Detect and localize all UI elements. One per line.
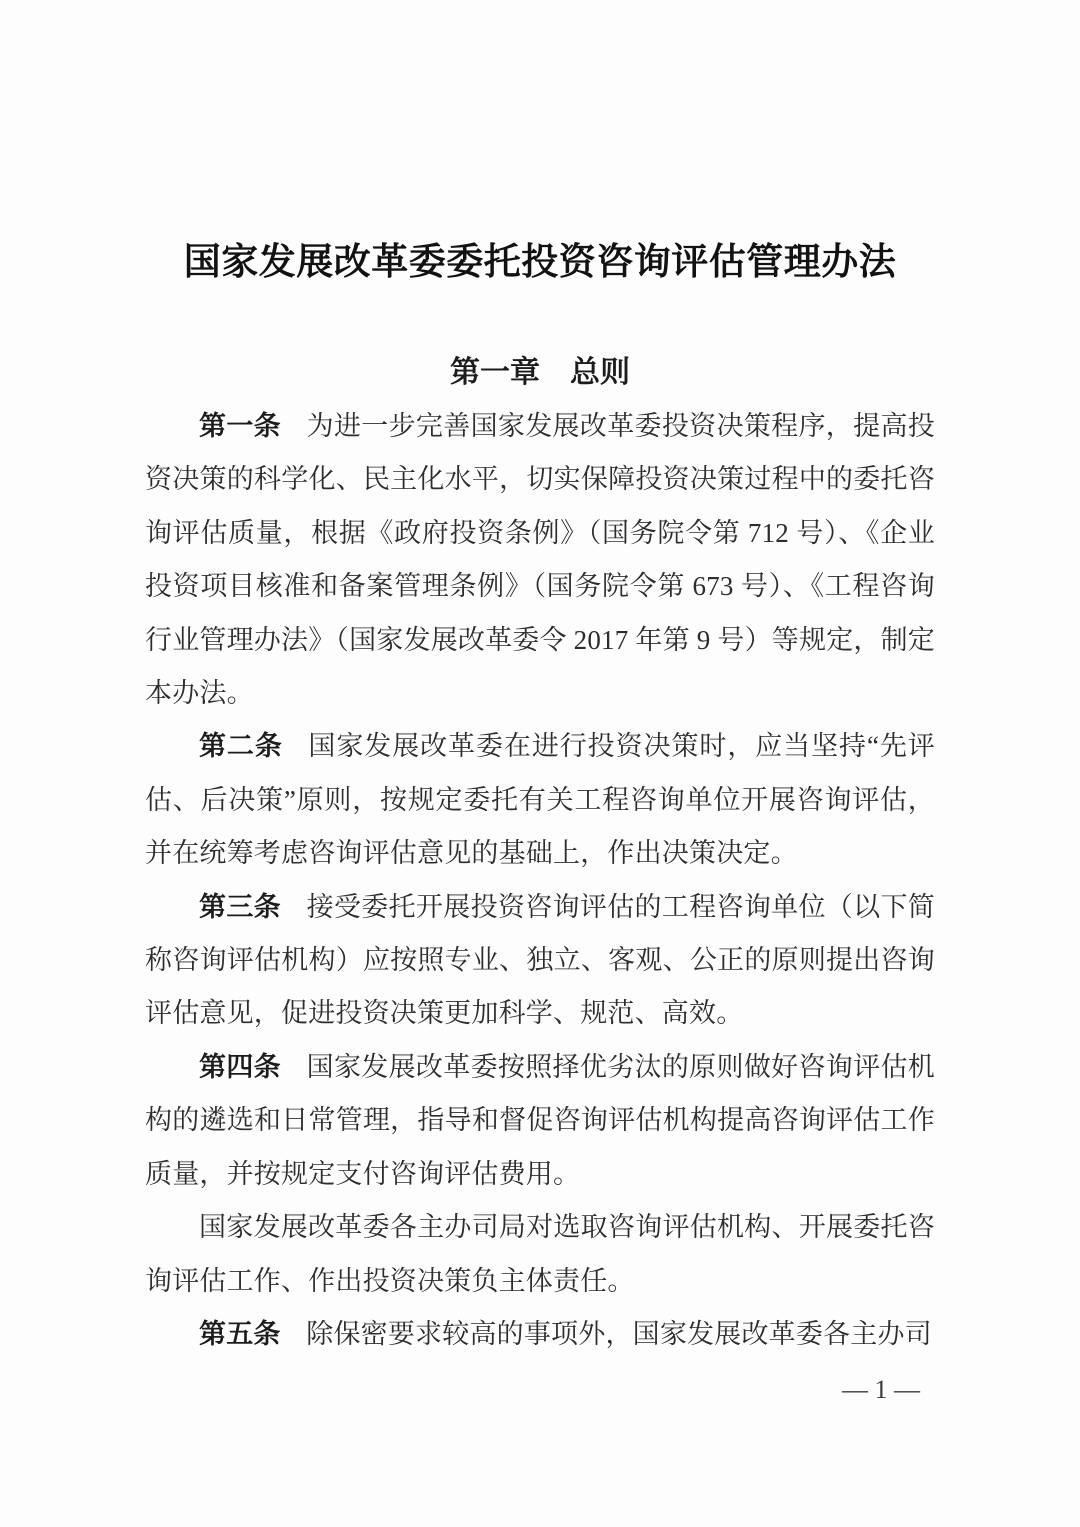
article-label: 第四条 <box>199 1052 281 1082</box>
paragraph: 第五条除保密要求较高的事项外，国家发展改革委各主办司 <box>145 1308 935 1361</box>
paragraph-text: 为进一步完善国家发展改革委投资决策程序，提高投资决策的科学化、民主化水平，切实保… <box>145 411 935 708</box>
document-body: 第一条为进一步完善国家发展改革委投资决策程序，提高投资决策的科学化、民主化水平，… <box>145 400 935 1361</box>
paragraph-text: 国家发展改革委各主办司局对选取咨询评估机构、开展委托咨询评估工作、作出投资决策负… <box>145 1212 935 1295</box>
article-label: 第五条 <box>199 1319 281 1349</box>
paragraph: 第四条国家发展改革委按照择优劣汰的原则做好咨询评估机构的遴选和日常管理，指导和督… <box>145 1041 935 1201</box>
document-title: 国家发展改革委委托投资咨询评估管理办法 <box>0 0 1080 286</box>
paragraph: 第一条为进一步完善国家发展改革委投资决策程序，提高投资决策的科学化、民主化水平，… <box>145 400 935 720</box>
article-label: 第一条 <box>199 411 281 441</box>
paragraph: 国家发展改革委各主办司局对选取咨询评估机构、开展委托咨询评估工作、作出投资决策负… <box>145 1201 935 1308</box>
paragraph-text: 除保密要求较高的事项外，国家发展改革委各主办司 <box>306 1319 932 1349</box>
paragraph: 第三条接受委托开展投资咨询评估的工程咨询单位（以下简称咨询评估机构）应按照专业、… <box>145 881 935 1041</box>
page-number: — 1 — <box>842 1376 920 1404</box>
article-label: 第三条 <box>199 892 281 922</box>
document-page: 国家发展改革委委托投资咨询评估管理办法 第一章 总则 第一条为进一步完善国家发展… <box>0 0 1080 1527</box>
paragraph: 第二条国家发展改革委在进行投资决策时，应当坚持“先评估、后决策”原则，按规定委托… <box>145 720 935 880</box>
article-label: 第二条 <box>199 731 283 761</box>
chapter-heading: 第一章 总则 <box>0 354 1080 392</box>
